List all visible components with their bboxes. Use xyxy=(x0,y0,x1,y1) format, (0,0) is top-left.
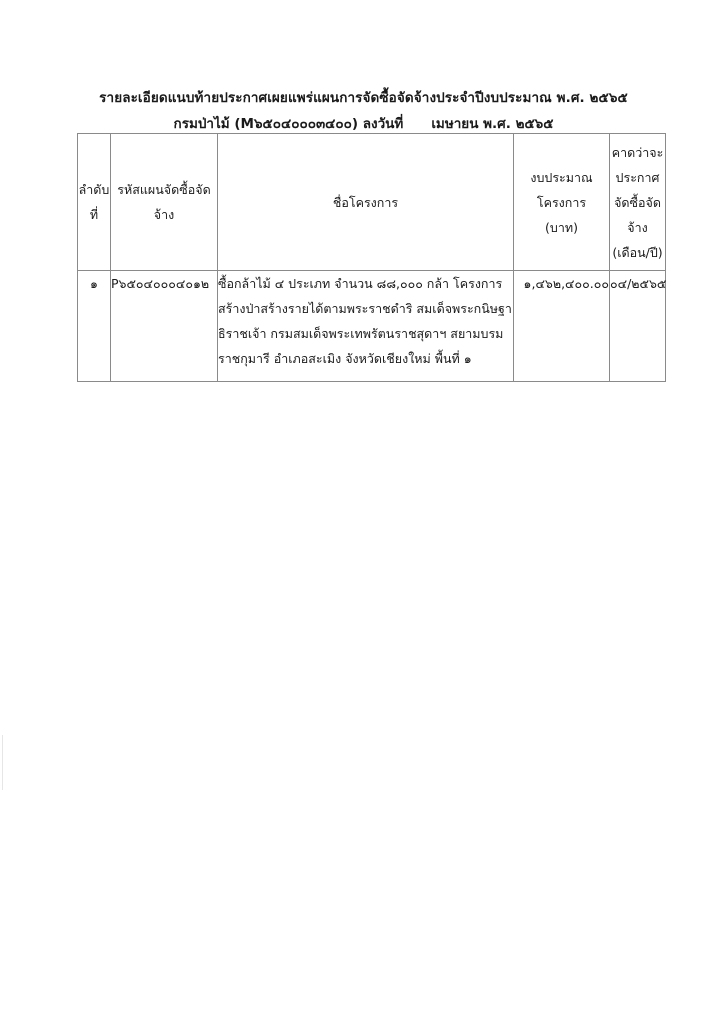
header-sequence-no: ลำดับ ที่ xyxy=(78,134,111,271)
document-title: รายละเอียดแนบท้ายประกาศเผยแพร่แผนการจัดซ… xyxy=(0,86,727,108)
department-and-date-label: กรมป่าไม้ (M๖๕๐๔๐๐๐๓๔๐๐) ลงวันที่ xyxy=(174,116,404,132)
header-plan-code: รหัสแผนจัดซื้อจัด จ้าง xyxy=(111,134,218,271)
scan-artifact xyxy=(2,735,3,790)
table-row: ๑ P๖๕๐๔๐๐๐๔๐๑๒ ซื้อกล้าไม้ ๔ ประเภท จำนว… xyxy=(78,271,666,382)
document-subtitle: กรมป่าไม้ (M๖๕๐๔๐๐๐๓๔๐๐) ลงวันที่เมษายน … xyxy=(0,112,727,134)
cell-announce-month-year: ๐๔/๒๕๖๕ xyxy=(610,271,666,382)
cell-plan-code: P๖๕๐๔๐๐๐๔๐๑๒ xyxy=(111,271,218,382)
table-header-row: ลำดับ ที่ รหัสแผนจัดซื้อจัด จ้าง ชื่อโคร… xyxy=(78,134,666,271)
cell-sequence-no: ๑ xyxy=(78,271,111,382)
cell-project-name: ซื้อกล้าไม้ ๔ ประเภท จำนวน ๘๘,๐๐๐ กล้า โ… xyxy=(218,271,514,382)
header-budget: งบประมาณ โครงการ (บาท) xyxy=(514,134,610,271)
header-project-name: ชื่อโครงการ xyxy=(218,134,514,271)
cell-budget: ๑,๔๖๒,๔๐๐.๐๐ xyxy=(514,271,610,382)
procurement-plan-table: ลำดับ ที่ รหัสแผนจัดซื้อจัด จ้าง ชื่อโคร… xyxy=(77,133,666,382)
header-expected-announcement: คาดว่าจะ ประกาศ จัดซื้อจัด จ้าง (เดือน/ป… xyxy=(610,134,666,271)
announcement-month-year: เมษายน พ.ศ. ๒๕๖๕ xyxy=(431,116,553,132)
